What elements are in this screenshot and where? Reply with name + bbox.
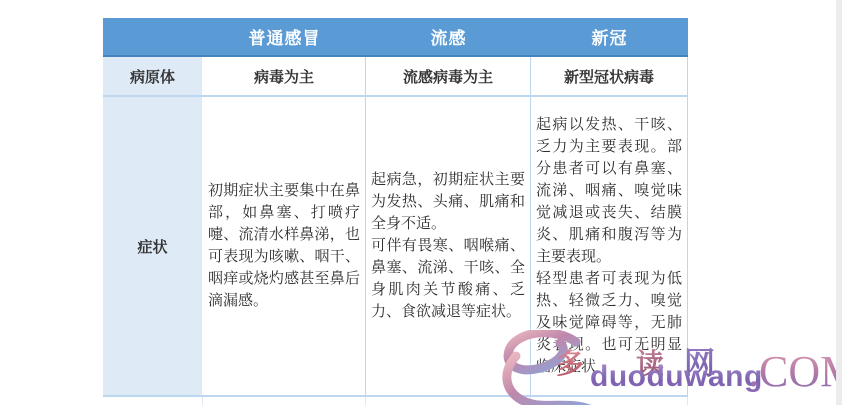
cell-symptoms-flu: 起病急，初期症状主要为发热、头痛、肌痛和全身不适。 可伴有畏寒、咽喉痛、鼻塞、流… <box>366 97 531 395</box>
symptoms-common-cold-text: 初期症状主要集中在鼻部，如鼻塞、打喷疗嚏、流清水样鼻涕，也可表现为咳嗽、咽干、咽… <box>203 176 365 316</box>
page-edge-strip <box>836 0 842 405</box>
header-cell-covid: 新冠 <box>531 18 688 55</box>
header-row: 普通感冒 流感 新冠 <box>103 18 688 57</box>
symptoms-covid-text: 起病以发热、干咳、乏力为主要表现。部分患者可以有鼻塞、流涕、咽痛、嗅觉味觉减退或… <box>531 110 687 382</box>
watermark-tld-text: .COM <box>748 346 842 397</box>
row-label-pathogen: 病原体 <box>103 57 203 95</box>
header-cell-common-cold: 普通感冒 <box>203 18 366 55</box>
cell-pathogen-common-cold: 病毒为主 <box>203 57 366 95</box>
table-row-symptoms: 症状 初期症状主要集中在鼻部，如鼻塞、打喷疗嚏、流清水样鼻涕，也可表现为咳嗽、咽… <box>103 97 688 397</box>
header-cell-flu: 流感 <box>366 18 531 55</box>
symptoms-flu-text: 起病急，初期症状主要为发热、头痛、肌痛和全身不适。 可伴有畏寒、咽喉痛、鼻塞、流… <box>366 165 530 327</box>
table-row-sliver <box>103 397 688 405</box>
page-background: 普通感冒 流感 新冠 病原体 病毒为主 流感病毒为主 新型冠状病毒 症状 初期症… <box>0 0 842 405</box>
cell-pathogen-flu: 流感病毒为主 <box>366 57 531 95</box>
table-row-pathogen: 病原体 病毒为主 流感病毒为主 新型冠状病毒 <box>103 57 688 97</box>
comparison-table: 普通感冒 流感 新冠 病原体 病毒为主 流感病毒为主 新型冠状病毒 症状 初期症… <box>103 18 688 405</box>
cell-symptoms-covid: 起病以发热、干咳、乏力为主要表现。部分患者可以有鼻塞、流涕、咽痛、嗅觉味觉减退或… <box>531 97 688 395</box>
header-corner-cell <box>103 18 203 55</box>
watermark-char-wang: 网 <box>684 338 715 383</box>
cell-pathogen-covid: 新型冠状病毒 <box>531 57 688 95</box>
cell-symptoms-common-cold: 初期症状主要集中在鼻部，如鼻塞、打喷疗嚏、流清水样鼻涕，也可表现为咳嗽、咽干、咽… <box>203 97 366 395</box>
row-label-symptoms: 症状 <box>103 97 203 395</box>
